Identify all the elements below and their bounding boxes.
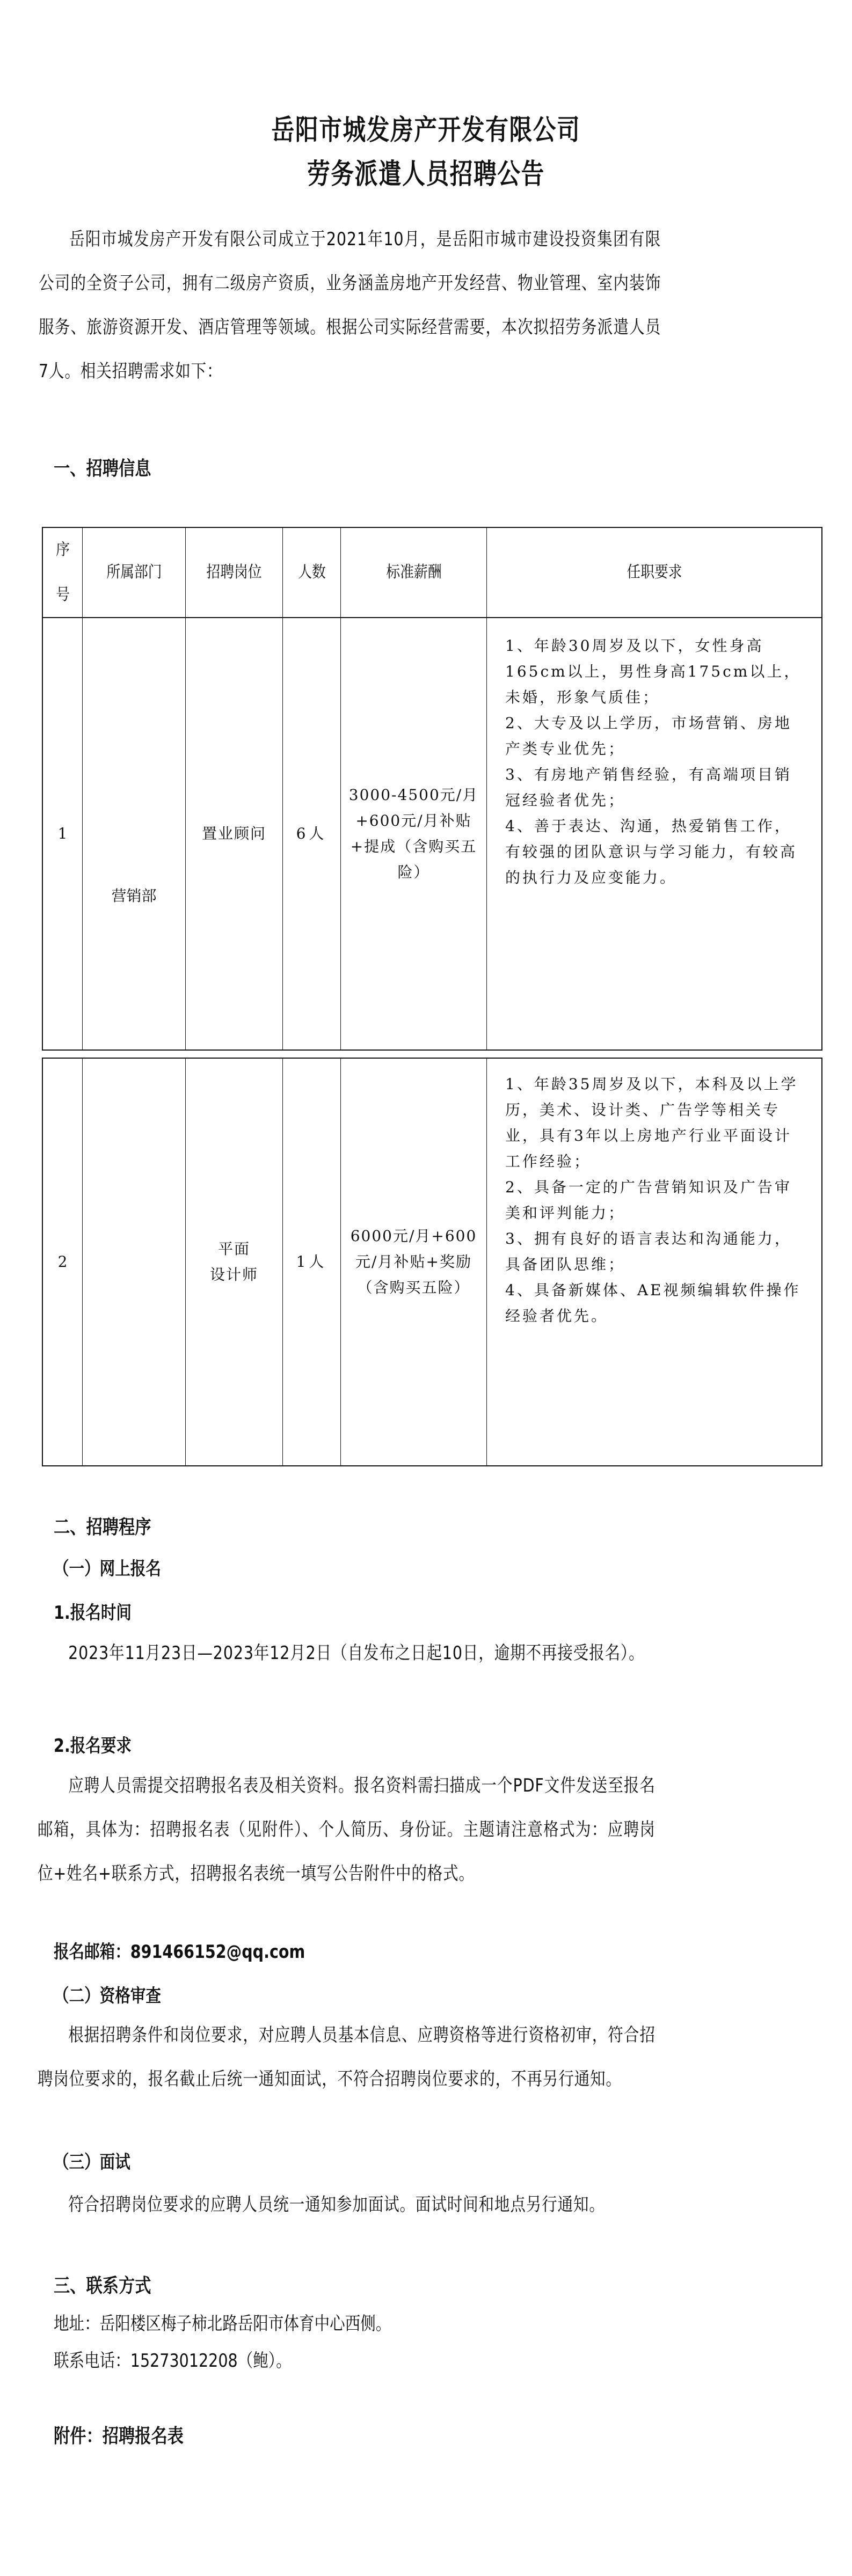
header-position-label: 招聘岗位 (206, 560, 261, 585)
department-label: 营销部 (111, 883, 156, 909)
header-department-label: 所属部门 (106, 560, 162, 585)
title-line-2: 劳务派遣人员招聘公告 (77, 151, 775, 192)
row-2-position-line1: 平面 (218, 1236, 250, 1262)
row-1-index: 1 (43, 618, 82, 1050)
row-1-position: 置业顾问 (185, 618, 282, 1050)
requirement-item: 2、具备一定的广告营销知识及广告审美和评判能力； (505, 1175, 807, 1226)
registration-requirements-text: 应聘人员需提交招聘报名表及相关资料。报名资料需扫描成一个PDF文件发送至报名邮箱… (38, 1764, 656, 1896)
registration-time-text: 2023年11月23日—2023年12月2日（自发布之日起10日，逾期不再接受报… (38, 1631, 656, 1675)
row-2-department (82, 1059, 185, 1465)
header-salary-label: 标准薪酬 (386, 560, 441, 585)
header-requirements: 任职要求 (486, 528, 821, 617)
section-2-heading: 二、招聘程序 (54, 1512, 151, 1539)
sub-1-item-2-heading: 2.报名要求 (54, 1731, 132, 1757)
row-1-count: 6人 (282, 618, 340, 1050)
requirement-item: 1、年龄30周岁及以下，女性身高165cm以上，男性身高175cm以上，未婚，形… (505, 633, 807, 710)
contact-address: 地址：岳阳楼区梅子柿北路岳阳市体育中心西侧。 (54, 2309, 391, 2335)
table-row: 1 营销部 置业顾问 6人 3000-4500元/月+600元/月补贴+提成（含… (42, 617, 822, 1051)
requirement-item: 4、善于表达、沟通，热爱销售工作，有较强的团队意识与学习能力，有较高的执行力及应… (505, 813, 807, 891)
header-count: 人数 (282, 528, 340, 617)
section-1-heading: 一、招聘信息 (54, 453, 151, 481)
section-3-heading: 三、联系方式 (54, 2271, 151, 2298)
table-row: 2 平面 设计师 1人 6000元/月+600元/月补贴+奖励（含购买五险） 1… (42, 1058, 822, 1466)
contact-phone: 联系电话：15273012208（鲍）。 (54, 2346, 292, 2372)
header-count-label: 人数 (298, 560, 326, 585)
recruitment-table-header: 序 号 所属部门 招聘岗位 人数 标准薪酬 任职要求 (42, 527, 822, 618)
intro-paragraph: 岳阳市城发房产开发有限公司成立于2021年10月，是岳阳市城市建设投资集团有限公… (39, 217, 661, 393)
row-2-position-line2: 设计师 (210, 1262, 258, 1288)
header-requirements-label: 任职要求 (627, 560, 682, 585)
sub-1-heading: （一）网上报名 (54, 1554, 161, 1580)
requirement-item: 3、有房地产销售经验，有高端项目销冠经验者优先； (505, 762, 807, 813)
header-index: 序 号 (43, 528, 82, 617)
sub-2-heading: （二）资格审查 (54, 1981, 161, 2007)
row-2-count: 1人 (282, 1059, 340, 1465)
row-2-index: 2 (43, 1059, 82, 1465)
registration-email: 报名邮箱：891466152@qq.com (54, 1937, 305, 1963)
row-2-requirements: 1、年龄35周岁及以下，本科及以上学历，美术、设计类、广告学等相关专业，具有3年… (486, 1059, 821, 1465)
qualification-review-text: 根据招聘条件和岗位要求，对应聘人员基本信息、应聘资格等进行资格初审，符合招聘岗位… (38, 2013, 656, 2101)
requirement-item: 2、大专及以上学历，市场营销、房地产类专业优先； (505, 710, 807, 762)
requirement-item: 3、拥有良好的语言表达和沟通能力，具备团队思维； (505, 1226, 807, 1278)
title-line-1: 岳阳市城发房产开发有限公司 (77, 107, 775, 148)
header-salary: 标准薪酬 (340, 528, 486, 617)
row-2-salary: 6000元/月+600元/月补贴+奖励（含购买五险） (340, 1059, 486, 1465)
sub-1-item-1-heading: 1.报名时间 (54, 1598, 132, 1624)
row-1-salary: 3000-4500元/月+600元/月补贴+提成（含购买五险） (340, 618, 486, 1050)
header-index-line1: 序 (56, 527, 70, 573)
requirement-item: 1、年龄35周岁及以下，本科及以上学历，美术、设计类、广告学等相关专业，具有3年… (505, 1072, 807, 1175)
row-1-requirements: 1、年龄30周岁及以下，女性身高165cm以上，男性身高175cm以上，未婚，形… (486, 618, 821, 1050)
requirement-item: 4、具备新媒体、AE视频编辑软件操作经验者优先。 (505, 1278, 807, 1329)
header-index-line2: 号 (56, 573, 70, 618)
row-1-department: 营销部 (82, 618, 185, 1050)
row-2-position: 平面 设计师 (185, 1059, 282, 1465)
attachment-label: 附件：招聘报名表 (54, 2421, 184, 2448)
header-department: 所属部门 (82, 528, 185, 617)
interview-text: 符合招聘岗位要求的应聘人员统一通知参加面试。面试时间和地点另行通知。 (38, 2183, 656, 2227)
sub-3-heading: （三）面试 (54, 2147, 130, 2174)
header-position: 招聘岗位 (185, 528, 282, 617)
